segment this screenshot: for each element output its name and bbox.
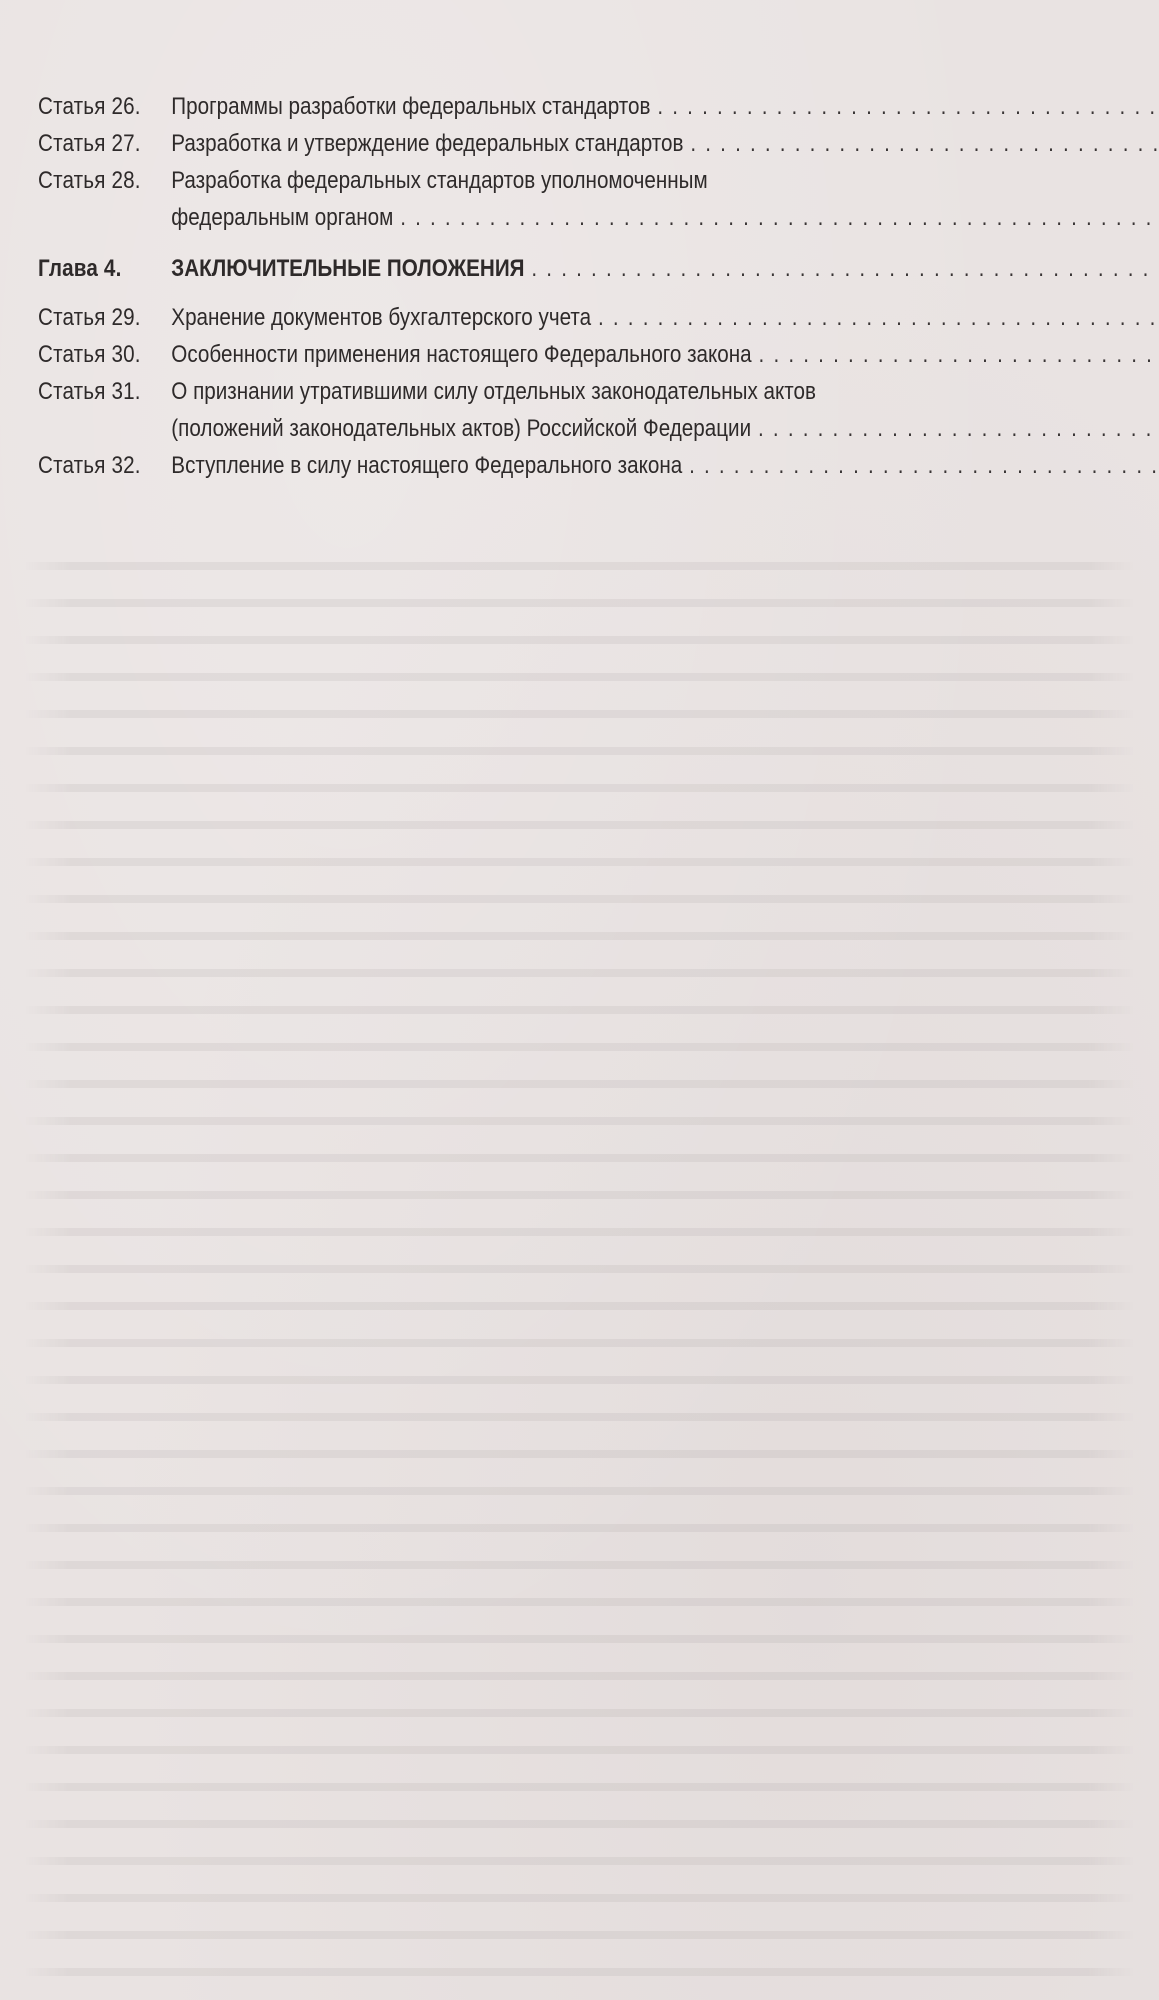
entry-body: О признании утратившими силу отдельных з… — [171, 373, 1159, 447]
toc-entry-article-31: Статья 31. О признании утратившими силу … — [38, 373, 1073, 447]
entry-line: (положений законодательных актов) Россий… — [171, 410, 1159, 447]
chapter-title: ЗАКЛЮЧИТЕЛЬНЫЕ ПОЛОЖЕНИЯ — [171, 250, 524, 287]
entry-label: Статья 29. — [38, 299, 171, 336]
toc-entry-article-32: Статья 32. Вступление в силу настоящего … — [38, 447, 1073, 484]
entry-line: Программы разработки федеральных стандар… — [171, 88, 1159, 125]
entry-title-continued: федеральным органом — [171, 199, 393, 236]
book-page: Статья 26. Программы разработки федераль… — [0, 0, 1159, 2000]
dot-leader — [400, 199, 1159, 236]
entry-title: Разработка и утверждение федеральных ста… — [171, 125, 683, 162]
entry-line: Разработка и утверждение федеральных ста… — [171, 125, 1159, 162]
entry-label: Статья 31. — [38, 373, 171, 410]
toc-entry-article-26: Статья 26. Программы разработки федераль… — [38, 88, 1073, 125]
dot-leader — [690, 125, 1159, 162]
entry-body: Особенности применения настоящего Федера… — [171, 336, 1159, 373]
entry-body: Разработка и утверждение федеральных ста… — [171, 125, 1159, 162]
entry-label: Статья 30. — [38, 336, 171, 373]
entry-line: О признании утратившими силу отдельных з… — [171, 373, 1159, 410]
entry-title: Вступление в силу настоящего Федеральног… — [171, 447, 682, 484]
dot-leader — [689, 447, 1159, 484]
reverse-side-bleed-through — [0, 540, 1159, 2000]
entry-line: ЗАКЛЮЧИТЕЛЬНЫЕ ПОЛОЖЕНИЯ .28 — [171, 250, 1159, 287]
entry-body: Разработка федеральных стандартов уполно… — [171, 162, 1159, 236]
entry-body: ЗАКЛЮЧИТЕЛЬНЫЕ ПОЛОЖЕНИЯ .28 — [171, 250, 1159, 287]
entry-title: Программы разработки федеральных стандар… — [171, 88, 650, 125]
dot-leader — [531, 250, 1159, 287]
toc-entry-article-28: Статья 28. Разработка федеральных станда… — [38, 162, 1073, 236]
entry-title: О признании утратившими силу отдельных з… — [171, 373, 816, 410]
entry-line: Вступление в силу настоящего Федеральног… — [171, 447, 1159, 484]
toc-entry-chapter-4: Глава 4. ЗАКЛЮЧИТЕЛЬНЫЕ ПОЛОЖЕНИЯ .28 — [38, 250, 1073, 287]
dot-leader — [758, 410, 1159, 447]
entry-line: федеральным органом .28 — [171, 199, 1159, 236]
chapter-label: Глава 4. — [38, 250, 171, 287]
toc-entry-article-30: Статья 30. Особенности применения настоя… — [38, 336, 1073, 373]
entry-line: Разработка федеральных стандартов уполно… — [171, 162, 1159, 199]
dot-leader — [657, 88, 1159, 125]
dot-leader — [759, 336, 1159, 373]
entry-line: Особенности применения настоящего Федера… — [171, 336, 1159, 373]
entry-line: Хранение документов бухгалтерского учета… — [171, 299, 1159, 336]
entry-title: Разработка федеральных стандартов уполно… — [171, 162, 707, 199]
entry-title: Особенности применения настоящего Федера… — [171, 336, 751, 373]
entry-label: Статья 32. — [38, 447, 171, 484]
entry-label: Статья 26. — [38, 88, 171, 125]
entry-body: Вступление в силу настоящего Федеральног… — [171, 447, 1159, 484]
dot-leader — [598, 299, 1159, 336]
entry-body: Программы разработки федеральных стандар… — [171, 88, 1159, 125]
toc-entry-article-27: Статья 27. Разработка и утверждение феде… — [38, 125, 1073, 162]
entry-label: Статья 28. — [38, 162, 171, 199]
entry-title: Хранение документов бухгалтерского учета — [171, 299, 591, 336]
toc-entry-article-29: Статья 29. Хранение документов бухгалтер… — [38, 299, 1073, 336]
table-of-contents: Статья 26. Программы разработки федераль… — [38, 88, 1073, 484]
entry-body: Хранение документов бухгалтерского учета… — [171, 299, 1159, 336]
entry-label: Статья 27. — [38, 125, 171, 162]
entry-title-continued: (положений законодательных актов) Россий… — [171, 410, 751, 447]
